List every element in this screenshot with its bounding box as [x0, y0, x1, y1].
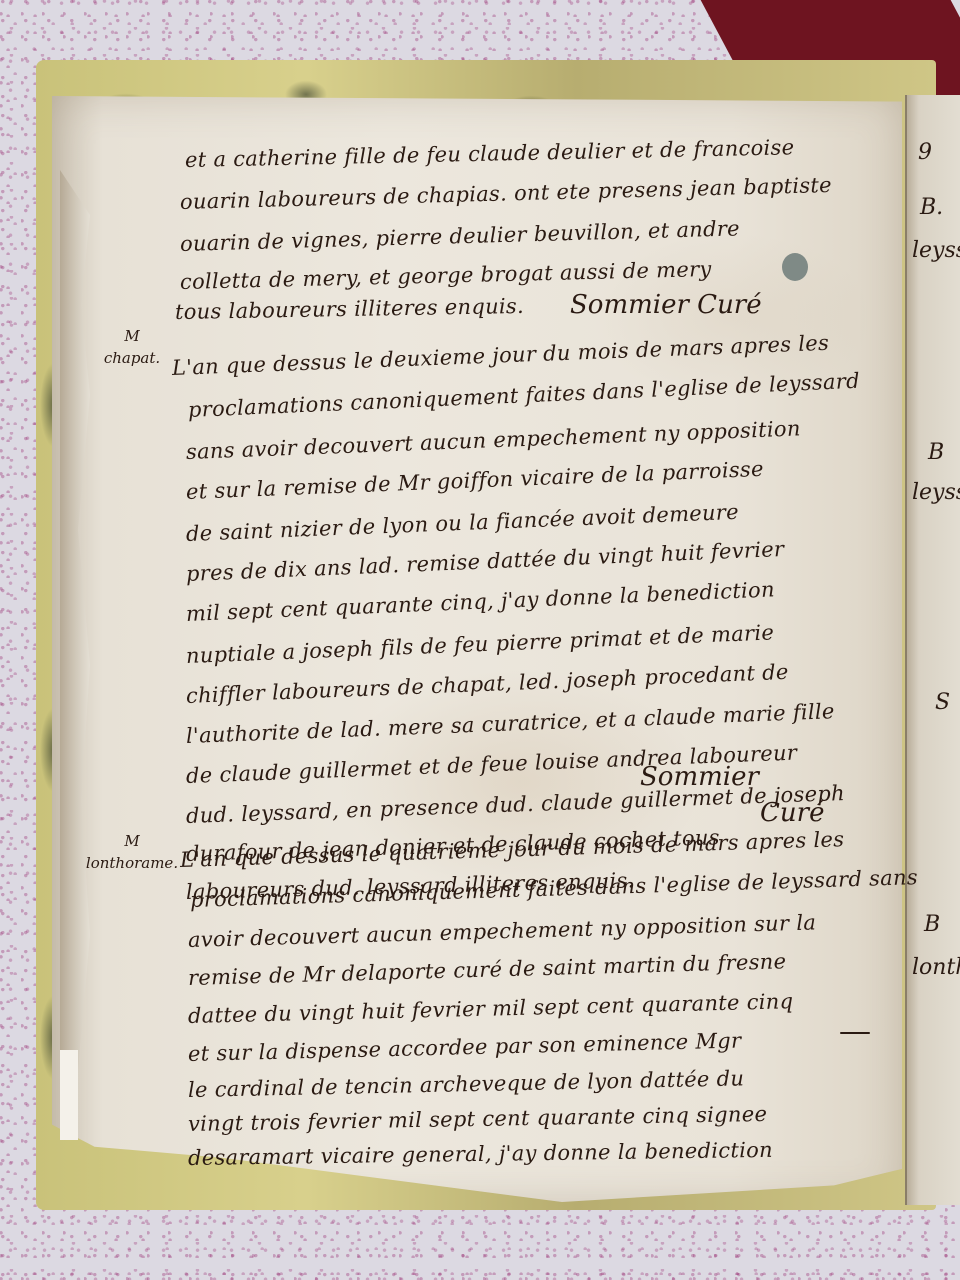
paper-tab	[60, 1050, 78, 1140]
ink-blot	[782, 253, 808, 281]
facing-note: lonth	[912, 955, 960, 980]
margin-note: M chapat.	[92, 325, 172, 369]
line-flourish	[840, 1032, 870, 1034]
margin-note-line: lonthorame.	[82, 852, 182, 874]
priest-signature: Sommier Curé	[570, 290, 762, 320]
facing-note: B	[924, 912, 940, 937]
margin-note-line: chapat.	[92, 347, 172, 369]
margin-note: M lonthorame.	[82, 830, 182, 874]
margin-note-line: M	[92, 325, 172, 347]
facing-note: leyssa	[912, 238, 960, 263]
facing-note: leyssa	[912, 480, 960, 505]
margin-note-line: M	[82, 830, 182, 852]
facing-note: 9	[918, 140, 932, 165]
facing-note: S	[935, 690, 950, 715]
facing-note: B.	[920, 195, 943, 220]
priest-signature-name: Sommier	[640, 762, 759, 792]
priest-signature-title: Curé	[760, 798, 824, 828]
facing-note: B	[928, 440, 944, 465]
